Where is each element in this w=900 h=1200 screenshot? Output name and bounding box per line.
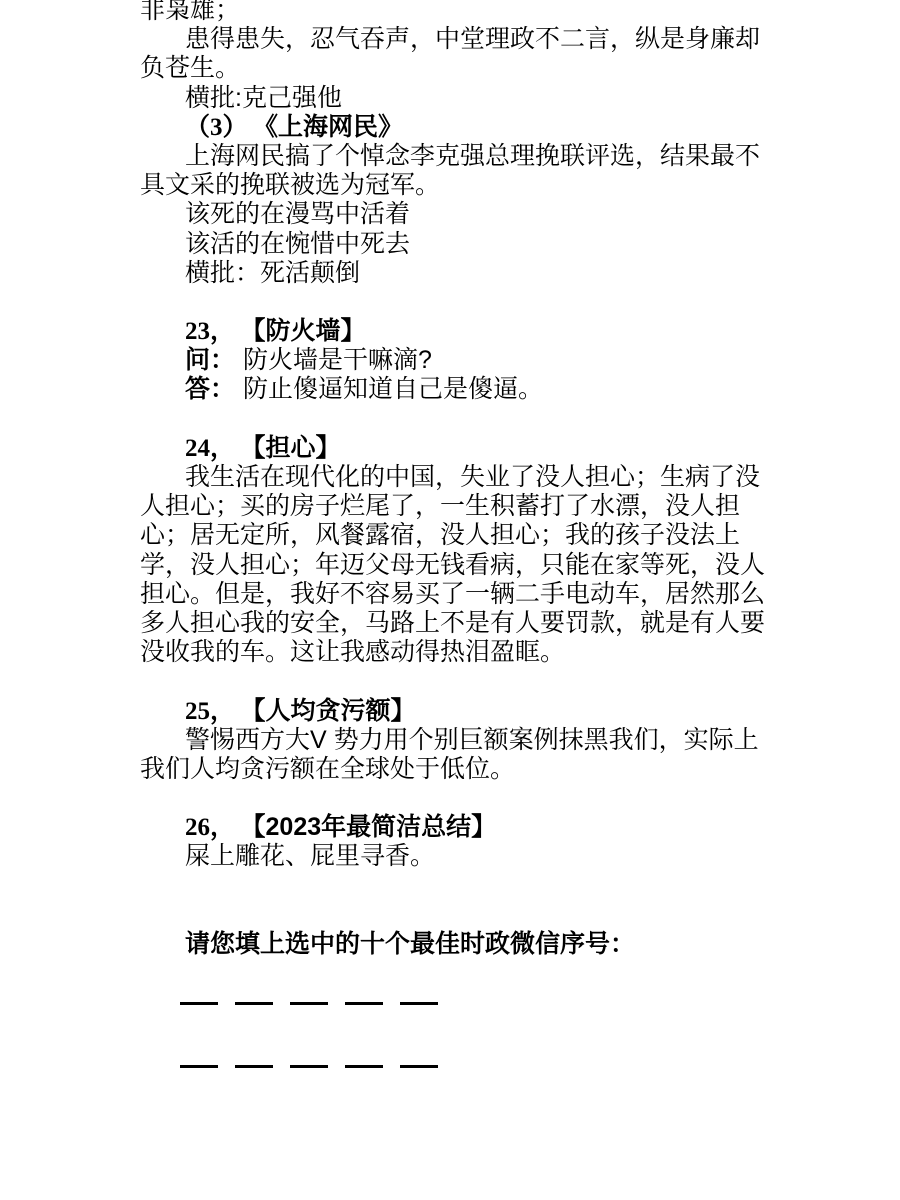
answer-text: 防止傻逼知道自己是傻逼。 — [243, 375, 543, 403]
document-content: 非枭雄； 患得患失，忍气吞声，中堂理政不二言，纵是身廉却 负苍生。 横批:克己强… — [140, 0, 800, 1080]
blank-line — [140, 784, 800, 813]
doc-line: 人担心；买的房子烂尾了，一生积蓄打了水漂，没人担 — [140, 492, 800, 521]
answer-blank — [180, 988, 218, 1005]
section-title: 【担心】 — [253, 434, 341, 462]
section-title: 【防火墙】 — [253, 317, 366, 345]
question-line: 问：防火墙是干嘛滴? — [140, 346, 800, 375]
question-text: 防火墙是干嘛滴? — [243, 346, 432, 374]
answer-blank — [235, 988, 273, 1005]
doc-line: 患得患失，忍气吞声，中堂理政不二言，纵是身廉却 — [140, 25, 800, 54]
section-number: 24， — [185, 435, 235, 462]
section-number: 26， — [185, 814, 235, 841]
answer-blank — [345, 988, 383, 1005]
blank-line — [140, 901, 800, 930]
doc-line: 横批:克己强他 — [140, 84, 800, 113]
answer-line: 答：防止傻逼知道自己是傻逼。 — [140, 375, 800, 404]
answer-blank — [345, 1051, 383, 1068]
fill-in-prompt: 请您填上选中的十个最佳时政微信序号： — [140, 930, 800, 959]
blank-line — [140, 872, 800, 901]
doc-line: 非枭雄； — [140, 0, 800, 25]
section-heading: 25，【人均贪污额】 — [140, 697, 800, 726]
doc-line: 具文采的挽联被选为冠军。 — [140, 171, 800, 200]
answer-blank-row — [140, 1051, 800, 1080]
answer-blank — [290, 1051, 328, 1068]
section-heading: 24，【担心】 — [140, 434, 800, 463]
answer-blank — [180, 1051, 218, 1068]
doc-line: 担心。但是，我好不容易买了一辆二手电动车，居然那么 — [140, 580, 800, 609]
answer-blank — [400, 1051, 438, 1068]
blank-line — [140, 288, 800, 317]
doc-line: 心；居无定所，风餐露宿，没人担心；我的孩子没法上 — [140, 521, 800, 550]
answer-blank-row — [140, 988, 800, 1017]
doc-line: 我们人均贪污额在全球处于低位。 — [140, 755, 800, 784]
section-heading: 23，【防火墙】 — [140, 317, 800, 346]
section-title: 【人均贪污额】 — [253, 697, 416, 725]
doc-line: 多人担心我的安全，马路上不是有人要罚款，就是有人要 — [140, 609, 800, 638]
subsection-title: 《上海网民》 — [266, 113, 404, 141]
section-title: 【2023年最简洁总结】 — [253, 813, 496, 841]
doc-line: 我生活在现代化的中国，失业了没人担心；生病了没 — [140, 463, 800, 492]
subsection-number: （3） — [185, 114, 248, 141]
doc-line: 警惕西方大V 势力用个别巨额案例抹黑我们，实际上 — [140, 726, 800, 755]
question-label: 问： — [185, 346, 235, 374]
doc-line: 没收我的车。这让我感动得热泪盈眶。 — [140, 638, 800, 667]
answer-blank — [400, 988, 438, 1005]
doc-line: 该死的在漫骂中活着 — [140, 200, 800, 229]
subsection-heading: （3）《上海网民》 — [140, 113, 800, 142]
blank-line — [140, 1018, 800, 1051]
section-number: 25， — [185, 698, 235, 725]
blank-line — [140, 959, 800, 988]
doc-line: 横批：死活颠倒 — [140, 259, 800, 288]
section-number: 23， — [185, 318, 235, 345]
doc-line: 上海网民搞了个悼念李克强总理挽联评选，结果最不 — [140, 142, 800, 171]
document-page: 非枭雄； 患得患失，忍气吞声，中堂理政不二言，纵是身廉却 负苍生。 横批:克己强… — [0, 0, 900, 1200]
doc-line: 负苍生。 — [140, 54, 800, 83]
doc-line: 学，没人担心；年迈父母无钱看病，只能在家等死，没人 — [140, 551, 800, 580]
section-heading: 26，【2023年最简洁总结】 — [140, 813, 800, 842]
answer-blank — [290, 988, 328, 1005]
doc-line: 屎上雕花、屁里寻香。 — [140, 842, 800, 871]
answer-blank — [235, 1051, 273, 1068]
answer-label: 答： — [185, 375, 235, 403]
blank-line — [140, 667, 800, 696]
doc-line: 该活的在惋惜中死去 — [140, 230, 800, 259]
blank-line — [140, 405, 800, 434]
